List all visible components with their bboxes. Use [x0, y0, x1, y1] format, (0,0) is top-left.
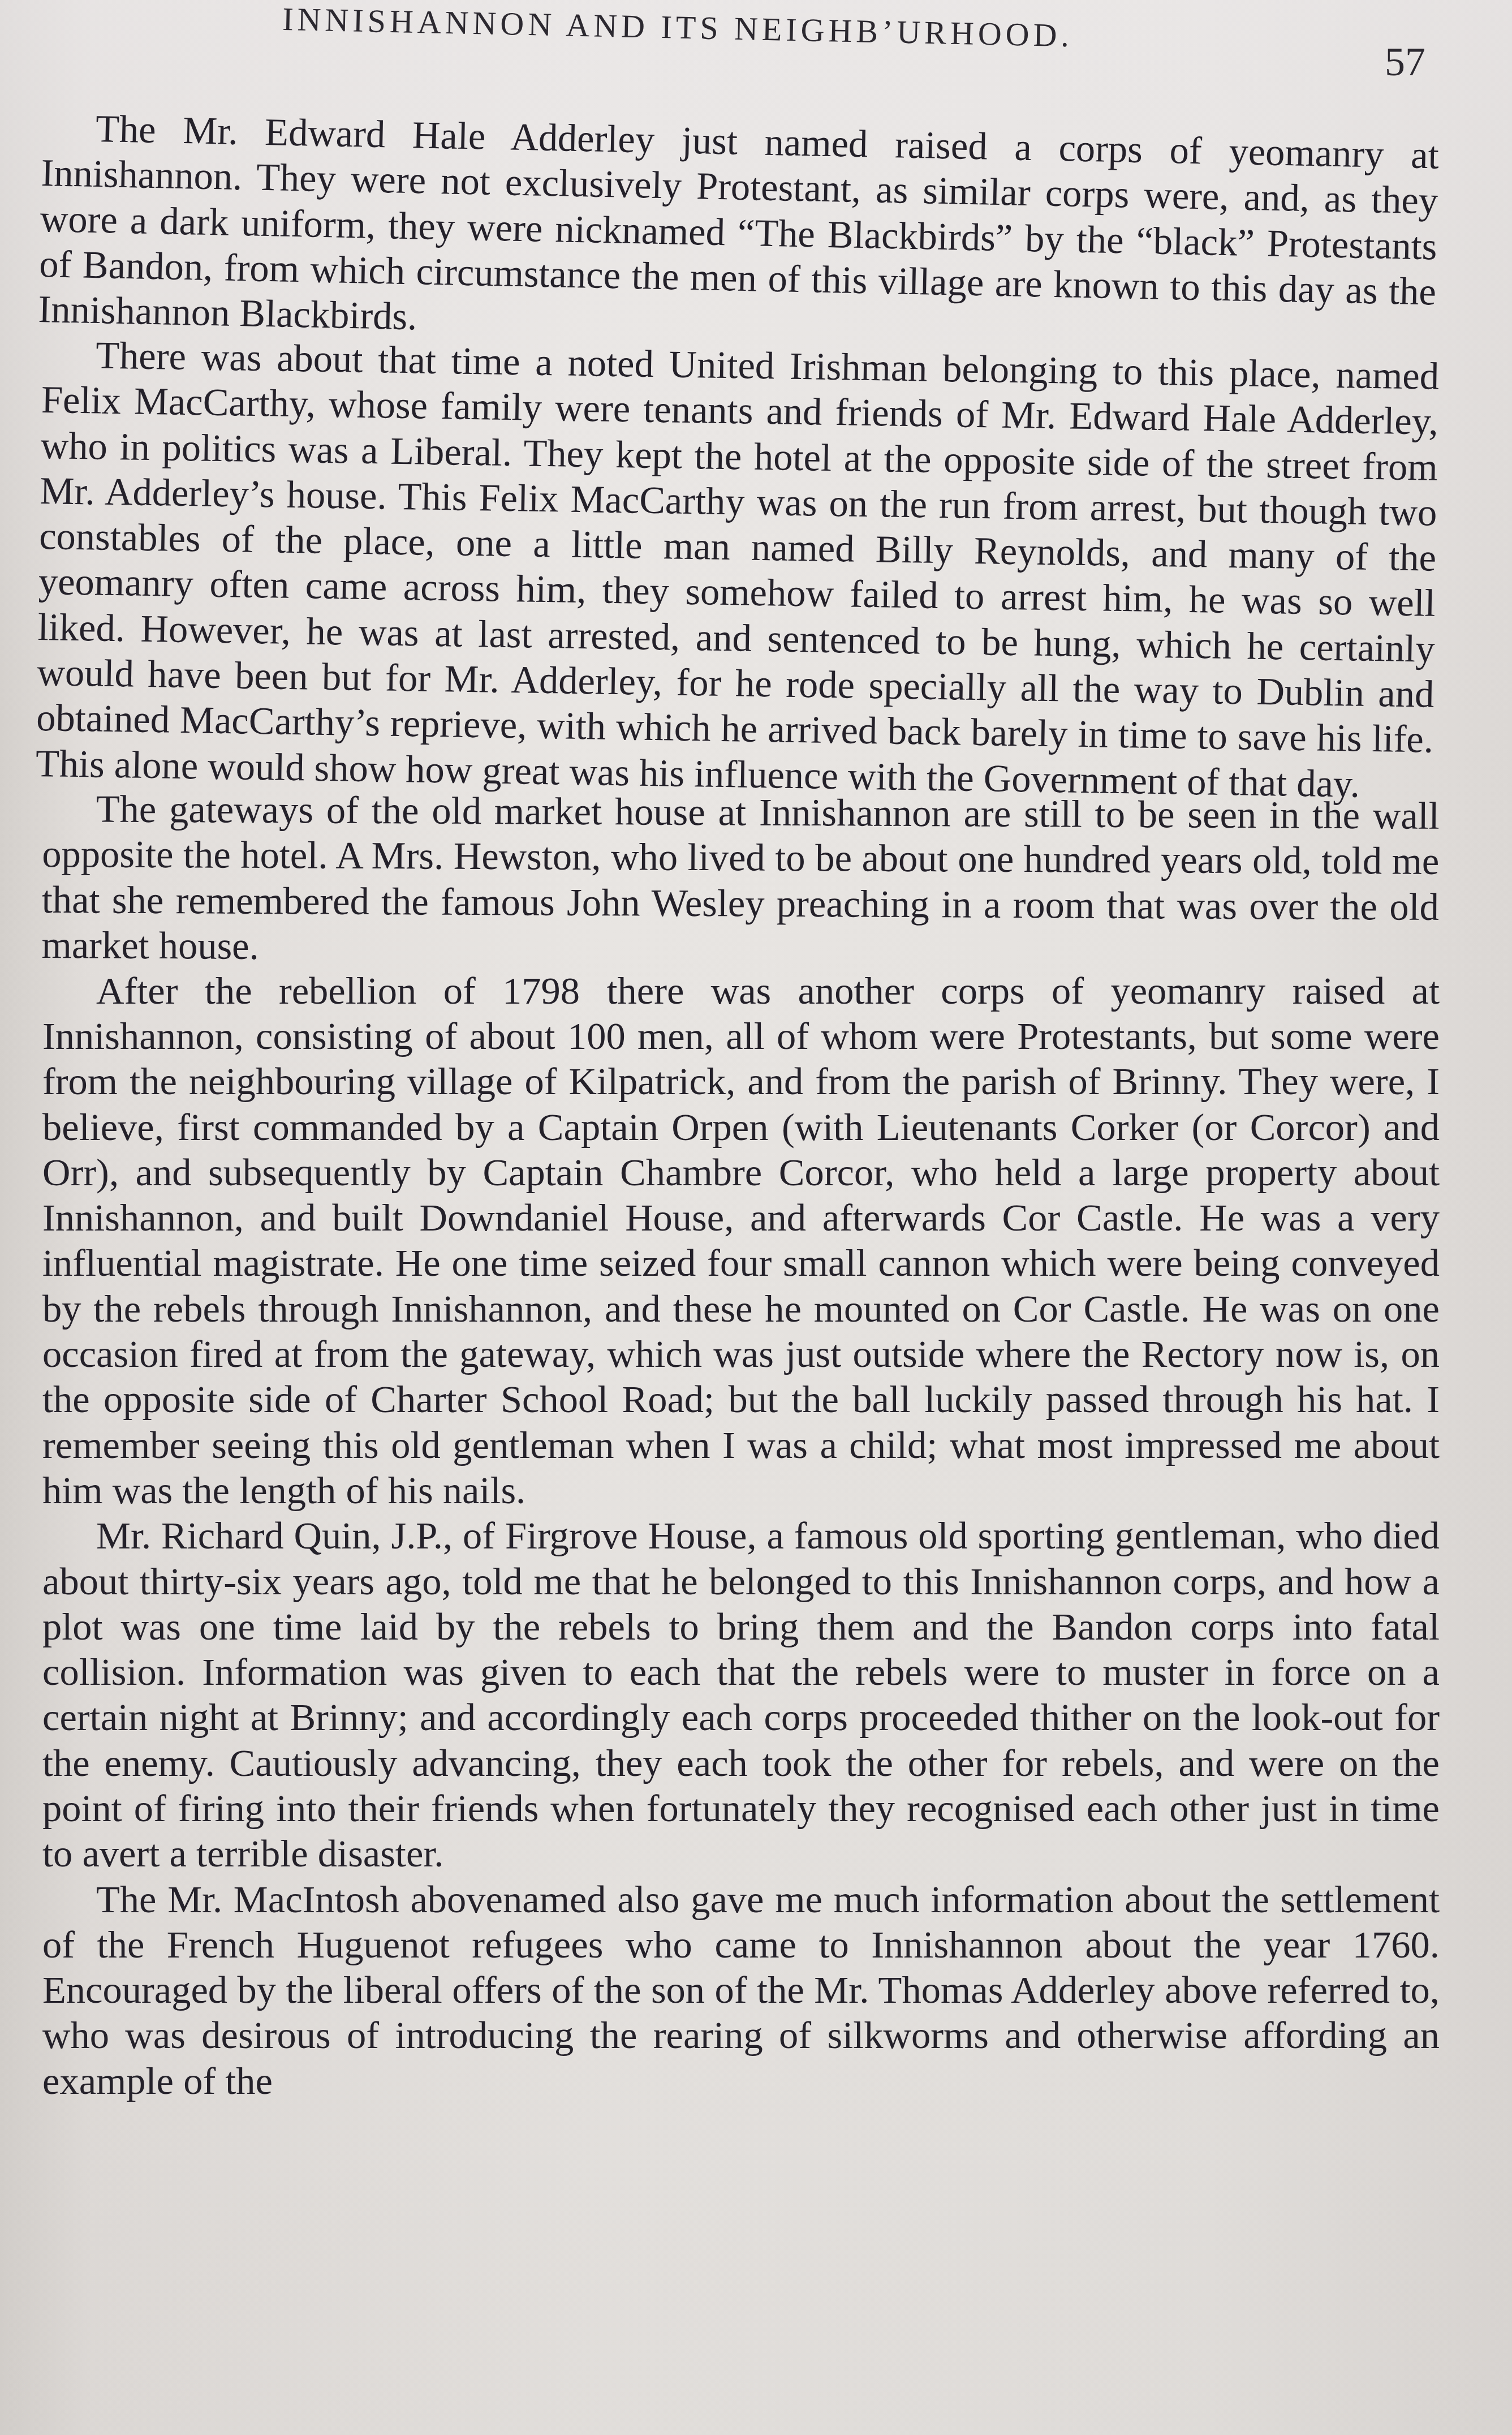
page-number: 57 [1385, 38, 1425, 85]
paragraph-market-house: The gateways of the old market house at … [41, 786, 1440, 975]
running-head: INNISHANNON AND ITS NEIGHB’URHOOD. [282, 0, 1074, 54]
paragraph-felix-maccarthy: There was about that time a noted United… [35, 332, 1439, 808]
body-text: The Mr. Edward Hale Adderley just named … [42, 105, 1440, 2103]
paragraph-adderley-yeomanry: The Mr. Edward Hale Adderley just named … [38, 105, 1440, 360]
paragraph-1798-corps: After the rebellion of 1798 there was an… [42, 968, 1440, 1513]
paragraph-richard-quin: Mr. Richard Quin, J.P., of Firgrove Hous… [42, 1513, 1440, 1876]
paragraph-huguenot-refugees: The Mr. MacIntosh abovenamed also gave m… [42, 1877, 1440, 2103]
book-page: INNISHANNON AND ITS NEIGHB’URHOOD. 57 Th… [0, 0, 1512, 2435]
